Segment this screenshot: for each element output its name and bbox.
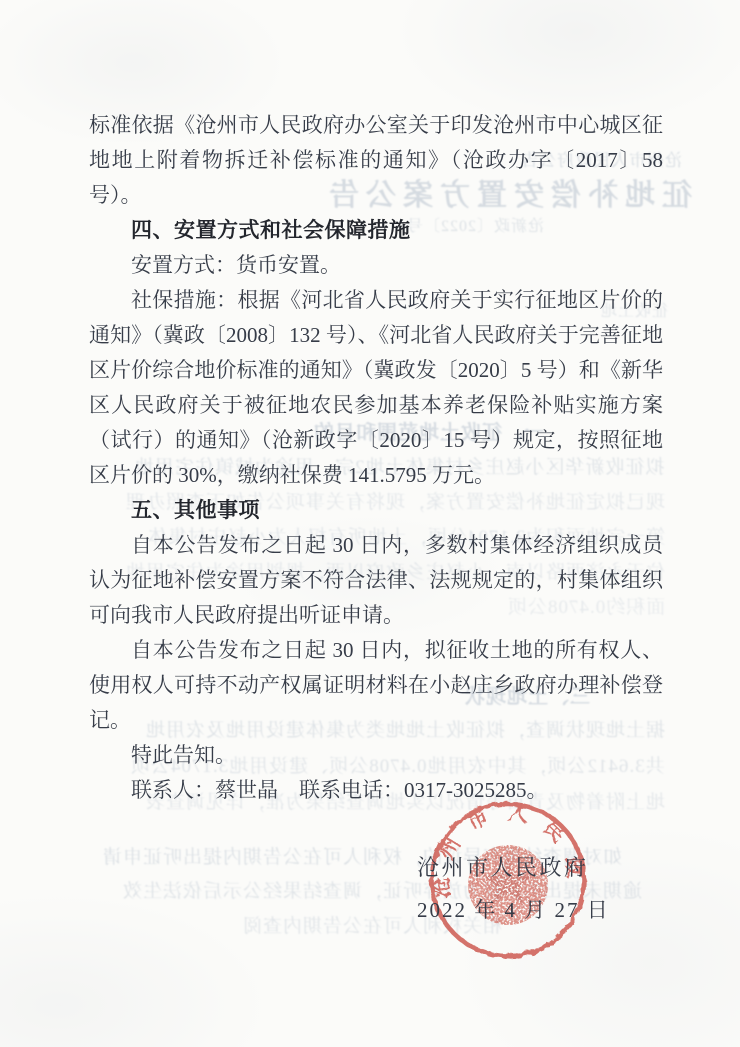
issuer-name: 沧州市人民政府: [417, 851, 610, 882]
paragraph-contact: 联系人：蔡世晶 联系电话：0317-3025285。: [89, 773, 663, 808]
paragraph-hearing: 自本公告发布之日起 30 日内，多数村集体经济组织成员认为征地补偿安置方案不符合…: [89, 528, 663, 633]
section-heading-4: 四、安置方式和社会保障措施: [89, 213, 663, 248]
issue-date: 2022 年 4 月 27 日: [417, 894, 610, 924]
signature-block: 沧州市人民政府 2022 年 4 月 27 日: [417, 851, 610, 924]
paragraph-placement: 安置方式：货币安置。: [89, 248, 663, 283]
document-body: 标准依据《沧州市人民政府办公室关于印发沧州市中心城区征地地上附着物拆迁补偿标准的…: [89, 108, 663, 808]
paragraph-social-security: 社保措施：根据《河北省人民政府关于实行征地区片价的通知》（冀政〔2008〕132…: [89, 283, 663, 493]
section-heading-5: 五、其他事项: [89, 493, 663, 528]
paragraph-notice-close: 特此告知。: [89, 738, 663, 773]
paragraph-continuation: 标准依据《沧州市人民政府办公室关于印发沧州市中心城区征地地上附着物拆迁补偿标准的…: [89, 108, 663, 213]
paragraph-registration: 自本公告发布之日起 30 日内，拟征收土地的所有权人、使用权人可持不动产权属证明…: [89, 633, 663, 738]
